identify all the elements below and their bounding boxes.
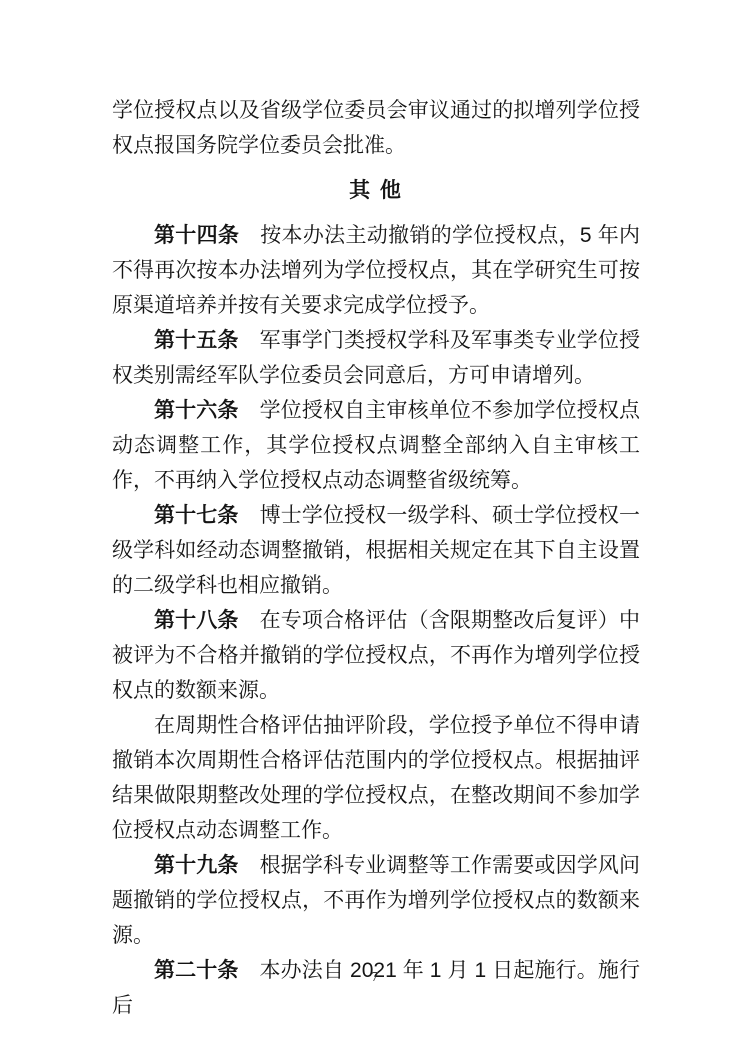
page-number: 7 <box>0 968 750 988</box>
article-17-number: 第十七条 <box>154 504 239 527</box>
article-18-number: 第十八条 <box>154 609 239 632</box>
paragraph-periodic-evaluation-text: 在周期性合格评估抽评阶段，学位授予单位不得申请撤销本次周期性合格评估范围内的学位… <box>112 714 640 842</box>
article-19: 第十九条根据学科专业调整等工作需要或因学风问题撤销的学位授权点，不再作为增列学位… <box>112 848 640 953</box>
paragraph-periodic-evaluation: 在周期性合格评估抽评阶段，学位授予单位不得申请撤销本次周期性合格评估范围内的学位… <box>112 708 640 848</box>
document-body: 学位授权点以及省级学位委员会审议通过的拟增列学位授权点报国务院学位委员会批准。 … <box>112 93 640 1023</box>
article-16: 第十六条学位授权自主审核单位不参加学位授权点动态调整工作，其学位授权点调整全部纳… <box>112 393 640 498</box>
article-14-number: 第十四条 <box>154 224 239 247</box>
article-19-number: 第十九条 <box>154 854 239 877</box>
document-page: 学位授权点以及省级学位委员会审议通过的拟增列学位授权点报国务院学位委员会批准。 … <box>0 0 750 1061</box>
article-18: 第十八条在专项合格评估（含限期整改后复评）中被评为不合格并撤销的学位授权点，不再… <box>112 603 640 708</box>
article-14: 第十四条按本办法主动撤销的学位授权点，5 年内不得再次按本办法增列为学位授权点，… <box>112 218 640 323</box>
article-15-number: 第十五条 <box>154 329 239 352</box>
article-20: 第二十条本办法自 2021 年 1 月 1 日起施行。施行后 <box>112 953 640 1023</box>
article-15: 第十五条军事学门类授权学科及军事类专业学位授权类别需经军队学位委员会同意后，方可… <box>112 323 640 393</box>
paragraph-continuation: 学位授权点以及省级学位委员会审议通过的拟增列学位授权点报国务院学位委员会批准。 <box>112 93 640 163</box>
article-16-number: 第十六条 <box>154 399 239 422</box>
section-heading: 其 他 <box>112 173 640 208</box>
article-17: 第十七条博士学位授权一级学科、硕士学位授权一级学科如经动态调整撤销，根据相关规定… <box>112 498 640 603</box>
